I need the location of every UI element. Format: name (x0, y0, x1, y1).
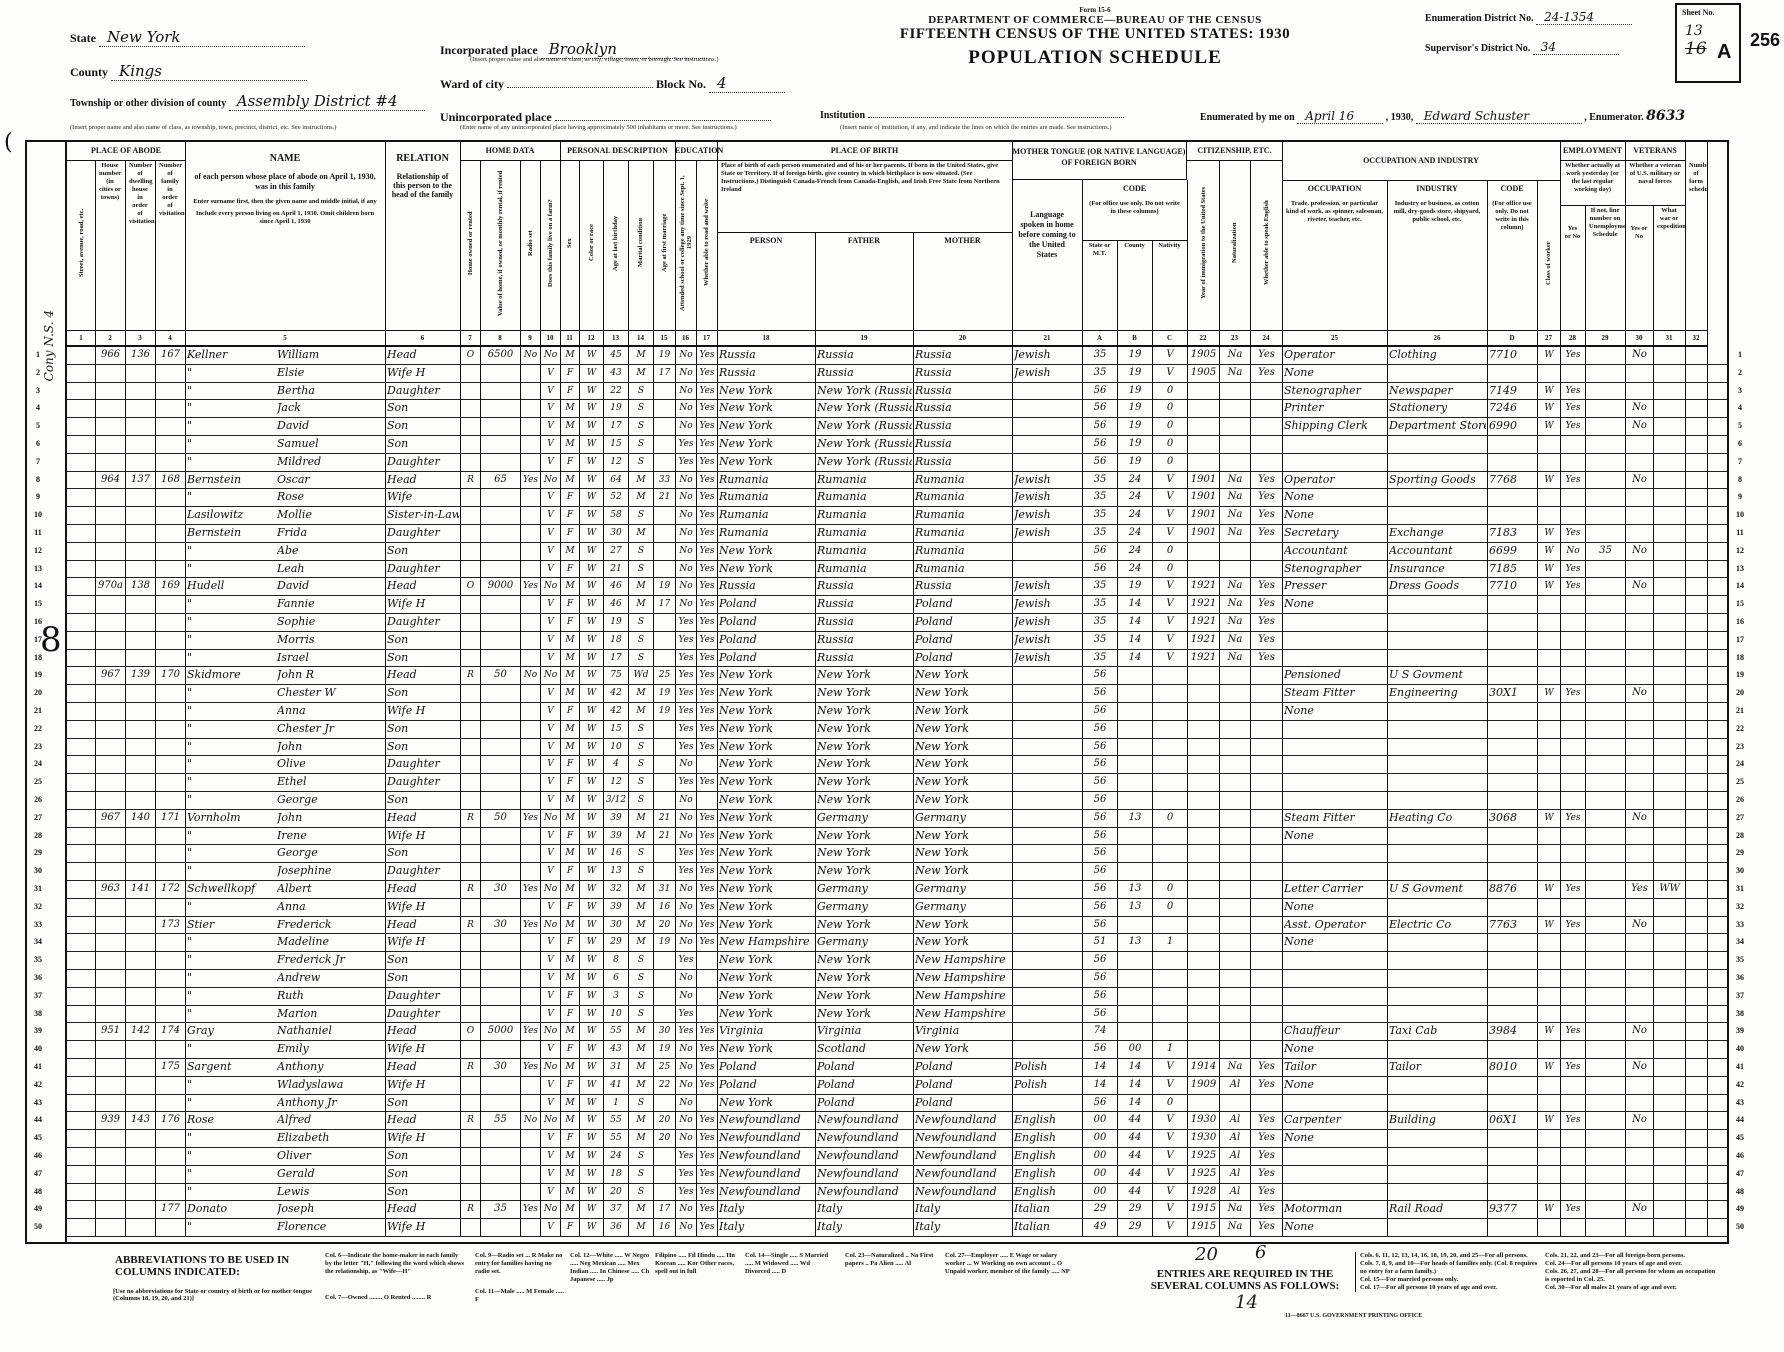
cell-code-d: 8010 (1489, 1058, 1536, 1076)
census-title: FIFTEENTH CENSUS OF THE UNITED STATES: 1… (860, 26, 1330, 43)
cell-surname: " (187, 1183, 274, 1201)
cell-code-c: V (1154, 471, 1186, 489)
cell-relation: Head (387, 880, 459, 898)
table-row: 17"MorrisSonVMW18SYesYesPolandRussiaPola… (67, 631, 1727, 650)
cell-bp-father: New York (817, 702, 912, 720)
cell-owned: R (462, 916, 479, 934)
cell-unemp-line (1587, 1076, 1624, 1094)
cell-age-marr (655, 399, 674, 417)
cell-owned (462, 844, 479, 862)
cell-industry (1389, 506, 1486, 524)
line-number-right: 48 (1731, 1183, 1749, 1201)
cell-race: W (581, 969, 602, 987)
cell-bp-father: Russia (817, 364, 912, 382)
cell-read: Yes (698, 720, 716, 738)
cell-at-work: Yes (1562, 346, 1584, 364)
cell-value (482, 1129, 519, 1147)
line-number-right: 17 (1731, 631, 1749, 649)
cell-veteran (1627, 791, 1652, 809)
cell-english: Yes (1252, 1129, 1281, 1147)
cell-farm: V (542, 1076, 559, 1094)
cell-english: Yes (1252, 595, 1281, 613)
cell-marital: S (630, 987, 652, 1005)
cell-bp-mother: Newfoundland (915, 1147, 1011, 1165)
cell-age: 39 (605, 827, 627, 845)
enumerator-name: Edward Schuster (1416, 109, 1582, 124)
column-divider (1707, 346, 1708, 1236)
cell-code-d (1489, 898, 1536, 916)
cell-street (69, 1165, 94, 1183)
cell-relation: Son (387, 951, 459, 969)
cell-street (69, 649, 94, 667)
cell-english (1252, 827, 1281, 845)
cell-relation: Son (387, 631, 459, 649)
cell-marital: M (630, 595, 652, 613)
code-header: CODE(For office use only. Do not write i… (1082, 180, 1188, 241)
cell-code-b (1119, 916, 1151, 934)
cell-unemp-line (1587, 951, 1624, 969)
cell-race: W (581, 791, 602, 809)
cell-read: Yes (698, 346, 716, 364)
cell-immig: 1905 (1189, 346, 1218, 364)
cell-street (69, 933, 94, 951)
cell-bp-person: New York (719, 453, 814, 471)
cell-race: W (581, 506, 602, 524)
cell-occupation (1284, 862, 1386, 880)
cell-age-marr: 16 (655, 898, 674, 916)
cell-race: W (581, 755, 602, 773)
cell-surname: Vornholm (187, 809, 274, 827)
table-row: 34"MadelineWife HVFW29M19NoYesNew Hampsh… (67, 933, 1727, 952)
cell-code-b: 14 (1119, 595, 1151, 613)
cell-radio: Yes (522, 809, 539, 827)
cell-value (482, 755, 519, 773)
col-num: 24 (1250, 330, 1283, 347)
line-number-right: 2 (1731, 364, 1749, 382)
cell-class (1539, 1076, 1559, 1094)
cell-dwelling: 140 (127, 809, 154, 827)
cell-relation: Wife H (387, 933, 459, 951)
line-number: 46 (27, 1147, 49, 1165)
cell-immig (1189, 951, 1218, 969)
cell-given: Chester W (277, 684, 384, 702)
cell-owned (462, 417, 479, 435)
cell-age: 55 (605, 1022, 627, 1040)
column-divider (1560, 346, 1561, 1236)
cell-farm: V (542, 364, 559, 382)
cell-farm: V (542, 1094, 559, 1112)
cell-war (1655, 1094, 1684, 1112)
cell-race: W (581, 1200, 602, 1218)
page-stamp: 256 (1750, 30, 1780, 51)
cell-school: Yes (677, 684, 695, 702)
line-number: 24 (27, 755, 49, 773)
table-row: 48"LewisSonVMW20SYesYesNewfoundlandNewfo… (67, 1183, 1727, 1202)
department-title: DEPARTMENT OF COMMERCE—BUREAU OF THE CEN… (860, 14, 1330, 26)
cell-immig: 1901 (1189, 524, 1218, 542)
tally-2: 6 (1255, 1242, 1266, 1263)
cell-tongue: Jewish (1014, 631, 1081, 649)
cell-code-d: 3984 (1489, 1022, 1536, 1040)
cell-bp-person: New York (719, 916, 814, 934)
cell-given: George (277, 844, 384, 862)
cell-war (1655, 755, 1684, 773)
cell-veteran: No (1627, 809, 1652, 827)
cell-veteran: No (1627, 1058, 1652, 1076)
cell-bp-person: Poland (719, 649, 814, 667)
cell-bp-person: Rumania (719, 524, 814, 542)
cell-veteran (1627, 1183, 1652, 1201)
cell-age-marr (655, 1005, 674, 1023)
table-row: 31963141172SchwellkopfAlbertHeadR30YesNo… (67, 880, 1727, 899)
cell-value (482, 844, 519, 862)
cell-farm: V (542, 399, 559, 417)
cell-given: Frederick (277, 916, 384, 934)
cell-code-c: V (1154, 1183, 1186, 1201)
cell-occupation: Stenographer (1284, 382, 1386, 400)
cell-value (482, 382, 519, 400)
cell-farm: No (542, 346, 559, 364)
cell-given: Alfred (277, 1111, 384, 1129)
cell-bp-person: New York (719, 880, 814, 898)
cell-owned (462, 1129, 479, 1147)
cell-surname: " (187, 417, 274, 435)
cell-bp-person: Poland (719, 1076, 814, 1094)
cell-read: Yes (698, 827, 716, 845)
cell-dwelling (127, 844, 154, 862)
cell-family (157, 560, 184, 578)
cell-sex: M (562, 969, 578, 987)
cell-code-d (1489, 595, 1536, 613)
state-field: State New York (70, 28, 305, 47)
cell-surname: " (187, 399, 274, 417)
cell-owned (462, 720, 479, 738)
cell-english: Yes (1252, 1165, 1281, 1183)
cell-radio (522, 435, 539, 453)
cell-farm-sched (1687, 560, 1706, 578)
cell-farm-sched (1687, 1165, 1706, 1183)
line-number-right: 38 (1731, 1005, 1749, 1023)
cell-value: 30 (482, 1058, 519, 1076)
state-value: New York (99, 28, 305, 47)
table-row: 23"JohnSonVMW10SYesYesNew YorkNew YorkNe… (67, 738, 1727, 757)
cell-code-d (1489, 1183, 1536, 1201)
cell-owned: R (462, 880, 479, 898)
cell-family (157, 524, 184, 542)
cell-unemp-line (1587, 435, 1624, 453)
cell-family: 175 (157, 1058, 184, 1076)
cell-farm-sched (1687, 720, 1706, 738)
table-row: 25"EthelDaughterVFW12SYesYesNew YorkNew … (67, 773, 1727, 792)
cell-code-d: 30X1 (1489, 684, 1536, 702)
cell-english (1252, 1040, 1281, 1058)
cell-class (1539, 506, 1559, 524)
sheet-number: 13 (1685, 23, 1703, 39)
cell-school: No (677, 1111, 695, 1129)
cell-surname: " (187, 702, 274, 720)
cell-code-d (1489, 738, 1536, 756)
cell-race: W (581, 613, 602, 631)
cell-school: No (677, 560, 695, 578)
cell-age: 58 (605, 506, 627, 524)
cell-value (482, 827, 519, 845)
cell-veteran (1627, 364, 1652, 382)
cell-owned (462, 827, 479, 845)
cell-dwelling: 143 (127, 1111, 154, 1129)
cell-sex: M (562, 844, 578, 862)
cell-veteran (1627, 560, 1652, 578)
cell-code-d (1489, 649, 1536, 667)
cell-class (1539, 631, 1559, 649)
cell-radio (522, 560, 539, 578)
cell-race: W (581, 577, 602, 595)
cell-code-c (1154, 755, 1186, 773)
cell-tongue (1014, 933, 1081, 951)
cell-tongue (1014, 453, 1081, 471)
cell-code-a: 35 (1084, 595, 1116, 613)
cell-marital: M (630, 1129, 652, 1147)
cell-at-work: Yes (1562, 809, 1584, 827)
table-row: 32"AnnaWife HVFW39M16NoYesNew YorkGerman… (67, 898, 1727, 917)
cell-tongue: Jewish (1014, 488, 1081, 506)
cell-house (97, 542, 124, 560)
cell-immig: 1914 (1189, 1058, 1218, 1076)
col-num: 23 (1219, 330, 1251, 347)
cell-farm-sched (1687, 542, 1706, 560)
population-table: PLACE OF ABODE Street, avenue, road, etc… (65, 140, 1729, 1244)
cell-code-a: 56 (1084, 1040, 1116, 1058)
col-num: 16 (675, 330, 697, 347)
line-number: 18 (27, 649, 49, 667)
cell-at-work (1562, 1094, 1584, 1112)
cell-family (157, 844, 184, 862)
cell-surname: " (187, 862, 274, 880)
cell-age-marr: 19 (655, 933, 674, 951)
line-number: 25 (27, 773, 49, 791)
cell-value (482, 1147, 519, 1165)
cell-school: No (677, 1040, 695, 1058)
cell-at-work (1562, 951, 1584, 969)
cell-farm: V (542, 1129, 559, 1147)
cell-family (157, 1094, 184, 1112)
cell-english (1252, 951, 1281, 969)
col-class-worker-header: Class of worker (1537, 180, 1561, 330)
cell-farm-sched (1687, 631, 1706, 649)
cell-race: W (581, 435, 602, 453)
cell-relation: Daughter (387, 524, 459, 542)
col-num: 14 (628, 330, 654, 347)
cell-sex: F (562, 506, 578, 524)
cell-marital: S (630, 1165, 652, 1183)
cell-veteran (1627, 506, 1652, 524)
cell-marital: S (630, 773, 652, 791)
cell-english: Yes (1252, 577, 1281, 595)
cell-value (482, 417, 519, 435)
cell-radio (522, 1076, 539, 1094)
cell-house (97, 916, 124, 934)
cell-code-c: V (1154, 1165, 1186, 1183)
cell-farm-sched (1687, 488, 1706, 506)
cell-tongue: English (1014, 1183, 1081, 1201)
col-dwelling-header: Number of dwelling house in order of vis… (125, 160, 156, 330)
line-number-right: 25 (1731, 773, 1749, 791)
cell-family: 167 (157, 346, 184, 364)
line-number: 40 (27, 1040, 49, 1058)
cell-relation: Daughter (387, 773, 459, 791)
cell-english (1252, 1022, 1281, 1040)
table-row: 6"SamuelSonVMW15SYesYesNew YorkNew York … (67, 435, 1727, 454)
cell-value: 50 (482, 666, 519, 684)
cell-code-a: 00 (1084, 1147, 1116, 1165)
cell-veteran: No (1627, 542, 1652, 560)
cell-code-c: V (1154, 506, 1186, 524)
cell-farm-sched (1687, 1005, 1706, 1023)
cell-unemp-line (1587, 1147, 1624, 1165)
cell-veteran (1627, 631, 1652, 649)
cell-relation: Son (387, 969, 459, 987)
cell-farm: V (542, 595, 559, 613)
cell-race: W (581, 666, 602, 684)
cell-read (698, 1094, 716, 1112)
cell-given: David (277, 417, 384, 435)
cell-veteran: No (1627, 577, 1652, 595)
cell-class: W (1539, 346, 1559, 364)
cell-surname: " (187, 613, 274, 631)
cell-bp-father: New York (Russia) (817, 453, 912, 471)
cell-school: Yes (677, 773, 695, 791)
cell-age-marr: 30 (655, 1022, 674, 1040)
cell-english (1252, 684, 1281, 702)
cell-english (1252, 1094, 1281, 1112)
cell-relation: Son (387, 844, 459, 862)
cell-value (482, 1218, 519, 1236)
cell-age-marr: 16 (655, 1218, 674, 1236)
cell-code-a: 56 (1084, 382, 1116, 400)
cell-tongue (1014, 1040, 1081, 1058)
cell-family (157, 417, 184, 435)
county-field: County Kings (70, 62, 307, 81)
cell-age: 32 (605, 880, 627, 898)
cell-code-b (1119, 755, 1151, 773)
cell-bp-person: Newfoundland (719, 1165, 814, 1183)
cell-natur (1221, 862, 1249, 880)
cell-code-c: V (1154, 1058, 1186, 1076)
cell-farm-sched (1687, 880, 1706, 898)
cell-family (157, 755, 184, 773)
table-row: 44939143176RoseAlfredHeadR55NoNoMW55M20N… (67, 1111, 1727, 1130)
cell-bp-person: Poland (719, 1058, 814, 1076)
ward-label: Ward of city (440, 77, 504, 91)
cell-code-b: 44 (1119, 1165, 1151, 1183)
cell-industry (1389, 435, 1486, 453)
cell-class (1539, 1005, 1559, 1023)
cell-street (69, 488, 94, 506)
cell-family (157, 1183, 184, 1201)
cell-veteran (1627, 987, 1652, 1005)
cell-farm: V (542, 649, 559, 667)
cell-marital: M (630, 364, 652, 382)
cell-marital: M (630, 577, 652, 595)
cell-surname: " (187, 453, 274, 471)
cell-street (69, 631, 94, 649)
line-number-right: 26 (1731, 791, 1749, 809)
cell-surname: Stier (187, 916, 274, 934)
cell-war (1655, 738, 1684, 756)
cell-immig (1189, 382, 1218, 400)
cell-value: 65 (482, 471, 519, 489)
cell-code-d: 7149 (1489, 382, 1536, 400)
cell-code-b: 44 (1119, 1111, 1151, 1129)
cell-house (97, 595, 124, 613)
cell-unemp-line (1587, 844, 1624, 862)
cell-owned (462, 755, 479, 773)
cell-family: 168 (157, 471, 184, 489)
cell-immig (1189, 969, 1218, 987)
cell-value (482, 364, 519, 382)
cell-age: 21 (605, 560, 627, 578)
cell-radio (522, 1165, 539, 1183)
col-num: 8 (480, 330, 521, 347)
column-divider (1387, 346, 1388, 1236)
line-number: 38 (27, 1005, 49, 1023)
cell-bp-father: New York (817, 791, 912, 809)
abbreviations-note: [Use no abbreviations for State or count… (113, 1288, 313, 1302)
table-row: 38"MarionDaughterVFW10SYesNew YorkNew Yo… (67, 1005, 1727, 1024)
cell-surname: " (187, 791, 274, 809)
cell-code-b: 24 (1119, 488, 1151, 506)
cell-race: W (581, 524, 602, 542)
cell-marital: M (630, 1218, 652, 1236)
cell-relation: Wife H (387, 1076, 459, 1094)
cell-occupation (1284, 951, 1386, 969)
cell-street (69, 738, 94, 756)
cell-sex: F (562, 1040, 578, 1058)
cell-farm-sched (1687, 1058, 1706, 1076)
cell-code-a: 56 (1084, 809, 1116, 827)
cell-bp-person: New York (719, 862, 814, 880)
cell-dwelling (127, 933, 154, 951)
cell-owned (462, 560, 479, 578)
cell-industry (1389, 1005, 1486, 1023)
cell-industry: Building (1389, 1111, 1486, 1129)
cell-read: Yes (698, 577, 716, 595)
incorporated-note: (Insert proper name and also name of cla… (470, 56, 870, 63)
col-industry-header: INDUSTRYIndustry or business, as cotton … (1387, 180, 1488, 330)
cell-bp-father: New York (817, 827, 912, 845)
cell-radio (522, 506, 539, 524)
cell-class: W (1539, 417, 1559, 435)
cell-marital: S (630, 506, 652, 524)
cell-at-work (1562, 969, 1584, 987)
cell-industry (1389, 649, 1486, 667)
cell-age-marr (655, 382, 674, 400)
cell-surname: " (187, 755, 274, 773)
cell-read: Yes (698, 1076, 716, 1094)
cell-age: 12 (605, 773, 627, 791)
cell-radio: Yes (522, 880, 539, 898)
cell-family: 173 (157, 916, 184, 934)
cell-radio (522, 951, 539, 969)
cell-natur: Al (1221, 1147, 1249, 1165)
cell-bp-father: New York (Russia) (817, 417, 912, 435)
cell-house (97, 898, 124, 916)
cell-class (1539, 1165, 1559, 1183)
cell-bp-person: New York (719, 809, 814, 827)
cell-owned (462, 702, 479, 720)
cell-farm: V (542, 969, 559, 987)
cell-tongue: Jewish (1014, 506, 1081, 524)
cell-english (1252, 916, 1281, 934)
